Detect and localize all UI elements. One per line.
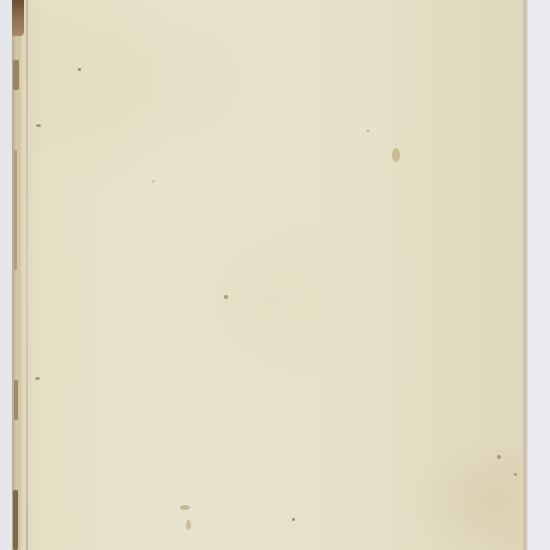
spine-wear-mark — [14, 380, 18, 420]
spine-wear-mark — [13, 490, 18, 550]
foxing-spot — [35, 377, 40, 380]
spine-crease — [26, 0, 28, 550]
spine-wear-mark — [14, 150, 17, 270]
foxing-stain — [186, 520, 191, 530]
spine-worn-top — [12, 0, 24, 36]
foxing-spot — [497, 455, 501, 459]
foxing-stain — [392, 148, 400, 162]
page-edge — [523, 0, 526, 550]
foxing-spot — [514, 473, 517, 476]
foxing-spot — [78, 68, 81, 71]
book-cover — [12, 0, 526, 550]
foxing-spot — [292, 518, 295, 521]
photo-scene — [0, 0, 550, 550]
foxing-spot — [152, 180, 155, 183]
foxing-stain — [180, 505, 190, 510]
foxing-spot — [36, 124, 41, 127]
spine-wear-mark — [13, 60, 19, 90]
foxing-spot — [367, 130, 369, 132]
foxing-spot — [224, 295, 228, 299]
